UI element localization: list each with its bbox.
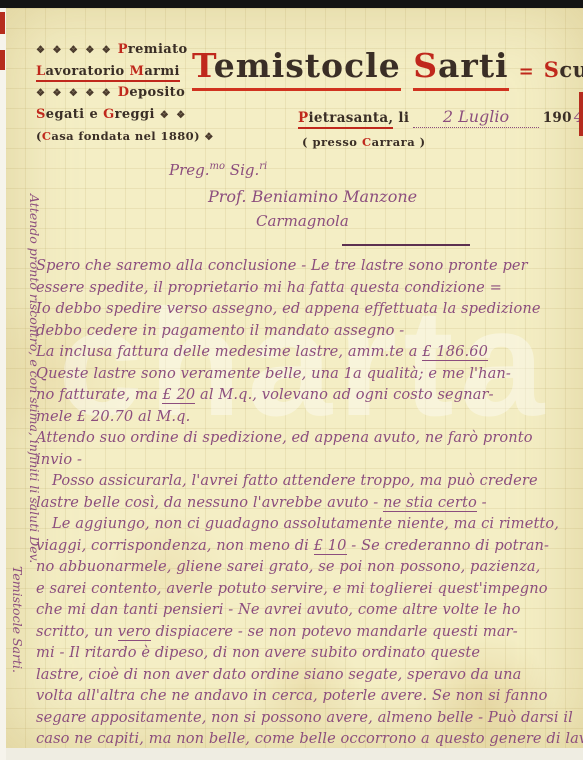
body-line-segment: - <box>477 494 487 511</box>
body-line-segment: La inclusa fattura delle medesime lastre… <box>36 343 422 360</box>
body-line-segment: scritto, un <box>36 623 118 640</box>
body-line: viaggi, corrispondenza, non meno di £ 10… <box>36 535 583 557</box>
body-line: mi - Il ritardo è dipeso, di non avere s… <box>36 642 583 664</box>
body-line: che mi dan tanti pensieri - Ne avrei avu… <box>36 599 583 621</box>
diamond-ornament-icon: ❖ ❖ ❖ ❖ ❖ <box>36 45 113 56</box>
letterhead-text: C <box>42 129 52 143</box>
addressee-name: Prof. Beniamino Manzone <box>208 187 417 206</box>
letterhead-title: Temistocle Sarti = Scultore <box>192 46 583 85</box>
body-line-segment: lastre belle così, da nessuno l'avrebbe … <box>36 494 383 511</box>
letterhead-line-deposito: ❖ ❖ ❖ ❖ ❖ Deposito <box>36 82 216 104</box>
margin-signature: Temistocle Sarti. <box>9 194 26 739</box>
letter-paper: charta ❖ ❖ ❖ ❖ ❖ Premiato Lavoratorio Ma… <box>6 8 583 748</box>
letterhead-text: eposito <box>129 85 185 100</box>
body-line: lastre belle così, da nessuno l'avrebbe … <box>36 492 583 514</box>
margin-note: Attendo pronto riscontro, e con stima, i… <box>7 194 43 739</box>
letterhead-line-casa-fondata: (Casa fondata nel 1880) ❖ <box>36 126 216 148</box>
body-line-segment: Attendo suo ordine di spedizione, ed app… <box>36 429 533 446</box>
body-line-segment: £ 20 <box>162 386 195 404</box>
body-line-segment: dispiacere - se non potevo mandarle ques… <box>151 623 518 640</box>
body-line-segment: Queste lastre sono veramente belle, una … <box>36 365 511 382</box>
body-line-segment: Spero che saremo alla conclusione - Le t… <box>36 257 528 274</box>
body-line: mele £ 20.70 al M.q. <box>36 406 583 428</box>
addressee-underline-rule <box>342 244 470 246</box>
printed-year: 190 <box>543 110 572 126</box>
body-line-segment: che mi dan tanti pensieri - Ne avrei avu… <box>36 601 521 618</box>
presso-text: ( presso <box>302 135 362 149</box>
body-line-segment: Io debbo spedire verso assegno, ed appen… <box>36 300 541 317</box>
title-text: arti <box>438 46 509 85</box>
letterhead-left-block: ❖ ❖ ❖ ❖ ❖ Premiato Lavoratorio Marmi ❖ ❖… <box>36 39 216 148</box>
body-line: essere spedite, il proprietario mi ha fa… <box>36 277 583 299</box>
letterhead-text: P <box>118 42 128 57</box>
handwritten-date: 2 Luglio <box>413 107 538 128</box>
body-line-segment: £ 186.60 <box>422 343 488 361</box>
body-line: invio - <box>36 449 583 471</box>
letterhead-text: reggi <box>115 107 155 122</box>
scan-edge-red-mark <box>0 12 5 34</box>
letterhead-line-segati-greggi: Segati e Greggi ❖ ❖ <box>36 104 216 126</box>
scan-edge-top <box>0 0 583 8</box>
presso-text: arrara ) <box>372 135 426 149</box>
date-line: Pietrasanta, li 2 Luglio 190 4 <box>298 107 583 128</box>
body-line: La inclusa fattura delle medesime lastre… <box>36 341 583 363</box>
addressee-text: mo <box>210 161 226 172</box>
diamond-ornament-icon: ❖ ❖ ❖ ❖ ❖ <box>36 88 113 99</box>
letterhead-text: M <box>130 64 145 79</box>
letterhead-text: S <box>36 107 46 122</box>
body-line-segment: volta all'altra che ne andavo in cerca, … <box>36 687 547 704</box>
letterhead-text: egati e <box>46 107 103 122</box>
body-line-segment: ne stia certo <box>383 494 477 512</box>
body-line-segment: segare appositamente, non si possono ave… <box>36 709 573 726</box>
body-line-segment: viaggi, corrispondenza, non meno di <box>36 537 314 554</box>
body-line-segment: - Se crederanno di potran- <box>347 537 550 554</box>
body-line-segment: vero <box>118 623 151 641</box>
title-text: T <box>192 46 214 85</box>
body-line: debbo cedere in pagamento il mandato ass… <box>36 320 583 342</box>
body-line-segment: mi - Il ritardo è dipeso, di non avere s… <box>36 644 480 661</box>
addressee-text: ri <box>259 161 267 172</box>
body-line-segment: debbo cedere in pagamento il mandato ass… <box>36 322 404 339</box>
body-line-segment: caso ne capiti, ma non belle, come belle… <box>36 730 583 747</box>
scan-edge-left <box>0 8 6 760</box>
margin-note-text: Attendo pronto riscontro, e con stima, i… <box>26 194 43 739</box>
addressee-text: Preg. <box>169 161 210 179</box>
body-line-segment: al M.q., volevano ad ogni costo segnar- <box>195 386 493 403</box>
body-line-segment: £ 10 <box>314 537 347 555</box>
body-line-segment: Le aggiungo, non ci guadagno assolutamen… <box>52 515 559 532</box>
body-line: segare appositamente, non si possono ave… <box>36 707 583 729</box>
body-line-segment: Posso assicurarla, l'avrei fatto attende… <box>52 472 538 489</box>
letterhead-line-premiato: ❖ ❖ ❖ ❖ ❖ Premiato <box>36 39 216 61</box>
letterhead-text: remiato <box>128 42 188 57</box>
title-text: S <box>413 46 438 85</box>
scan-edge-red-mark <box>0 50 5 70</box>
body-line: no fatturate, ma £ 20 al M.q., volevano … <box>36 384 583 406</box>
body-line-segment: essere spedite, il proprietario mi ha fa… <box>36 279 502 296</box>
diamond-ornament-icon: ❖ ❖ <box>160 110 187 121</box>
body-line-segment: no fatturate, ma <box>36 386 162 403</box>
letter-body: Spero che saremo alla conclusione - Le t… <box>36 255 583 750</box>
presso-carrara-line: ( presso Carrara ) <box>302 135 426 149</box>
letterhead-line-lavoratorio-marmi: Lavoratorio Marmi <box>36 61 216 82</box>
letterhead-text: armi <box>144 64 180 79</box>
letterhead-text: D <box>118 85 130 100</box>
letterhead-text: L <box>36 64 46 79</box>
body-line-segment: no abbuonarmele, gliene sarei grato, se … <box>36 558 540 575</box>
addressee-salutation: Preg.mo Sig.ri <box>169 161 267 179</box>
body-line: Io debbo spedire verso assegno, ed appen… <box>36 298 583 320</box>
body-line: caso ne capiti, ma non belle, come belle… <box>36 728 583 750</box>
body-line: volta all'altra che ne andavo in cerca, … <box>36 685 583 707</box>
title-text: emistocle <box>214 46 401 85</box>
dateline-text: P <box>298 110 308 126</box>
letterhead-text: avoratorio <box>46 64 130 79</box>
title-text: cultore <box>559 57 583 82</box>
addressee-text: Sig. <box>225 161 259 179</box>
diamond-ornament-icon: ❖ <box>204 132 215 143</box>
equals-ornament: = <box>519 61 534 82</box>
body-line-segment: lastre, cioè di non aver dato ordine sia… <box>36 666 522 683</box>
addressee-city: Carmagnola <box>256 212 349 230</box>
dateline-text: ietrasanta, <box>308 110 393 126</box>
body-line: Spero che saremo alla conclusione - Le t… <box>36 255 583 277</box>
body-line-segment: mele £ 20.70 al M.q. <box>36 408 190 425</box>
presso-text: C <box>362 135 372 149</box>
body-line: no abbuonarmele, gliene sarei grato, se … <box>36 556 583 578</box>
title-text: S <box>544 57 560 82</box>
body-line: scritto, un vero dispiacere - se non pot… <box>36 621 583 643</box>
scan-edge-red-mark <box>579 92 583 136</box>
scanned-letter: charta ❖ ❖ ❖ ❖ ❖ Premiato Lavoratorio Ma… <box>0 0 583 760</box>
body-line: lastre, cioè di non aver dato ordine sia… <box>36 664 583 686</box>
letterhead-text: G <box>103 107 115 122</box>
dateline-text: li <box>393 110 409 126</box>
body-line: Attendo suo ordine di spedizione, ed app… <box>36 427 583 449</box>
letterhead-text: asa fondata nel 1880) <box>51 129 200 143</box>
body-line: Posso assicurarla, l'avrei fatto attende… <box>36 470 583 492</box>
body-line: Queste lastre sono veramente belle, una … <box>36 363 583 385</box>
body-line: Le aggiungo, non ci guadagno assolutamen… <box>36 513 583 535</box>
body-line: e sarei contento, averle potuto servire,… <box>36 578 583 600</box>
body-line-segment: e sarei contento, averle potuto servire,… <box>36 580 548 597</box>
